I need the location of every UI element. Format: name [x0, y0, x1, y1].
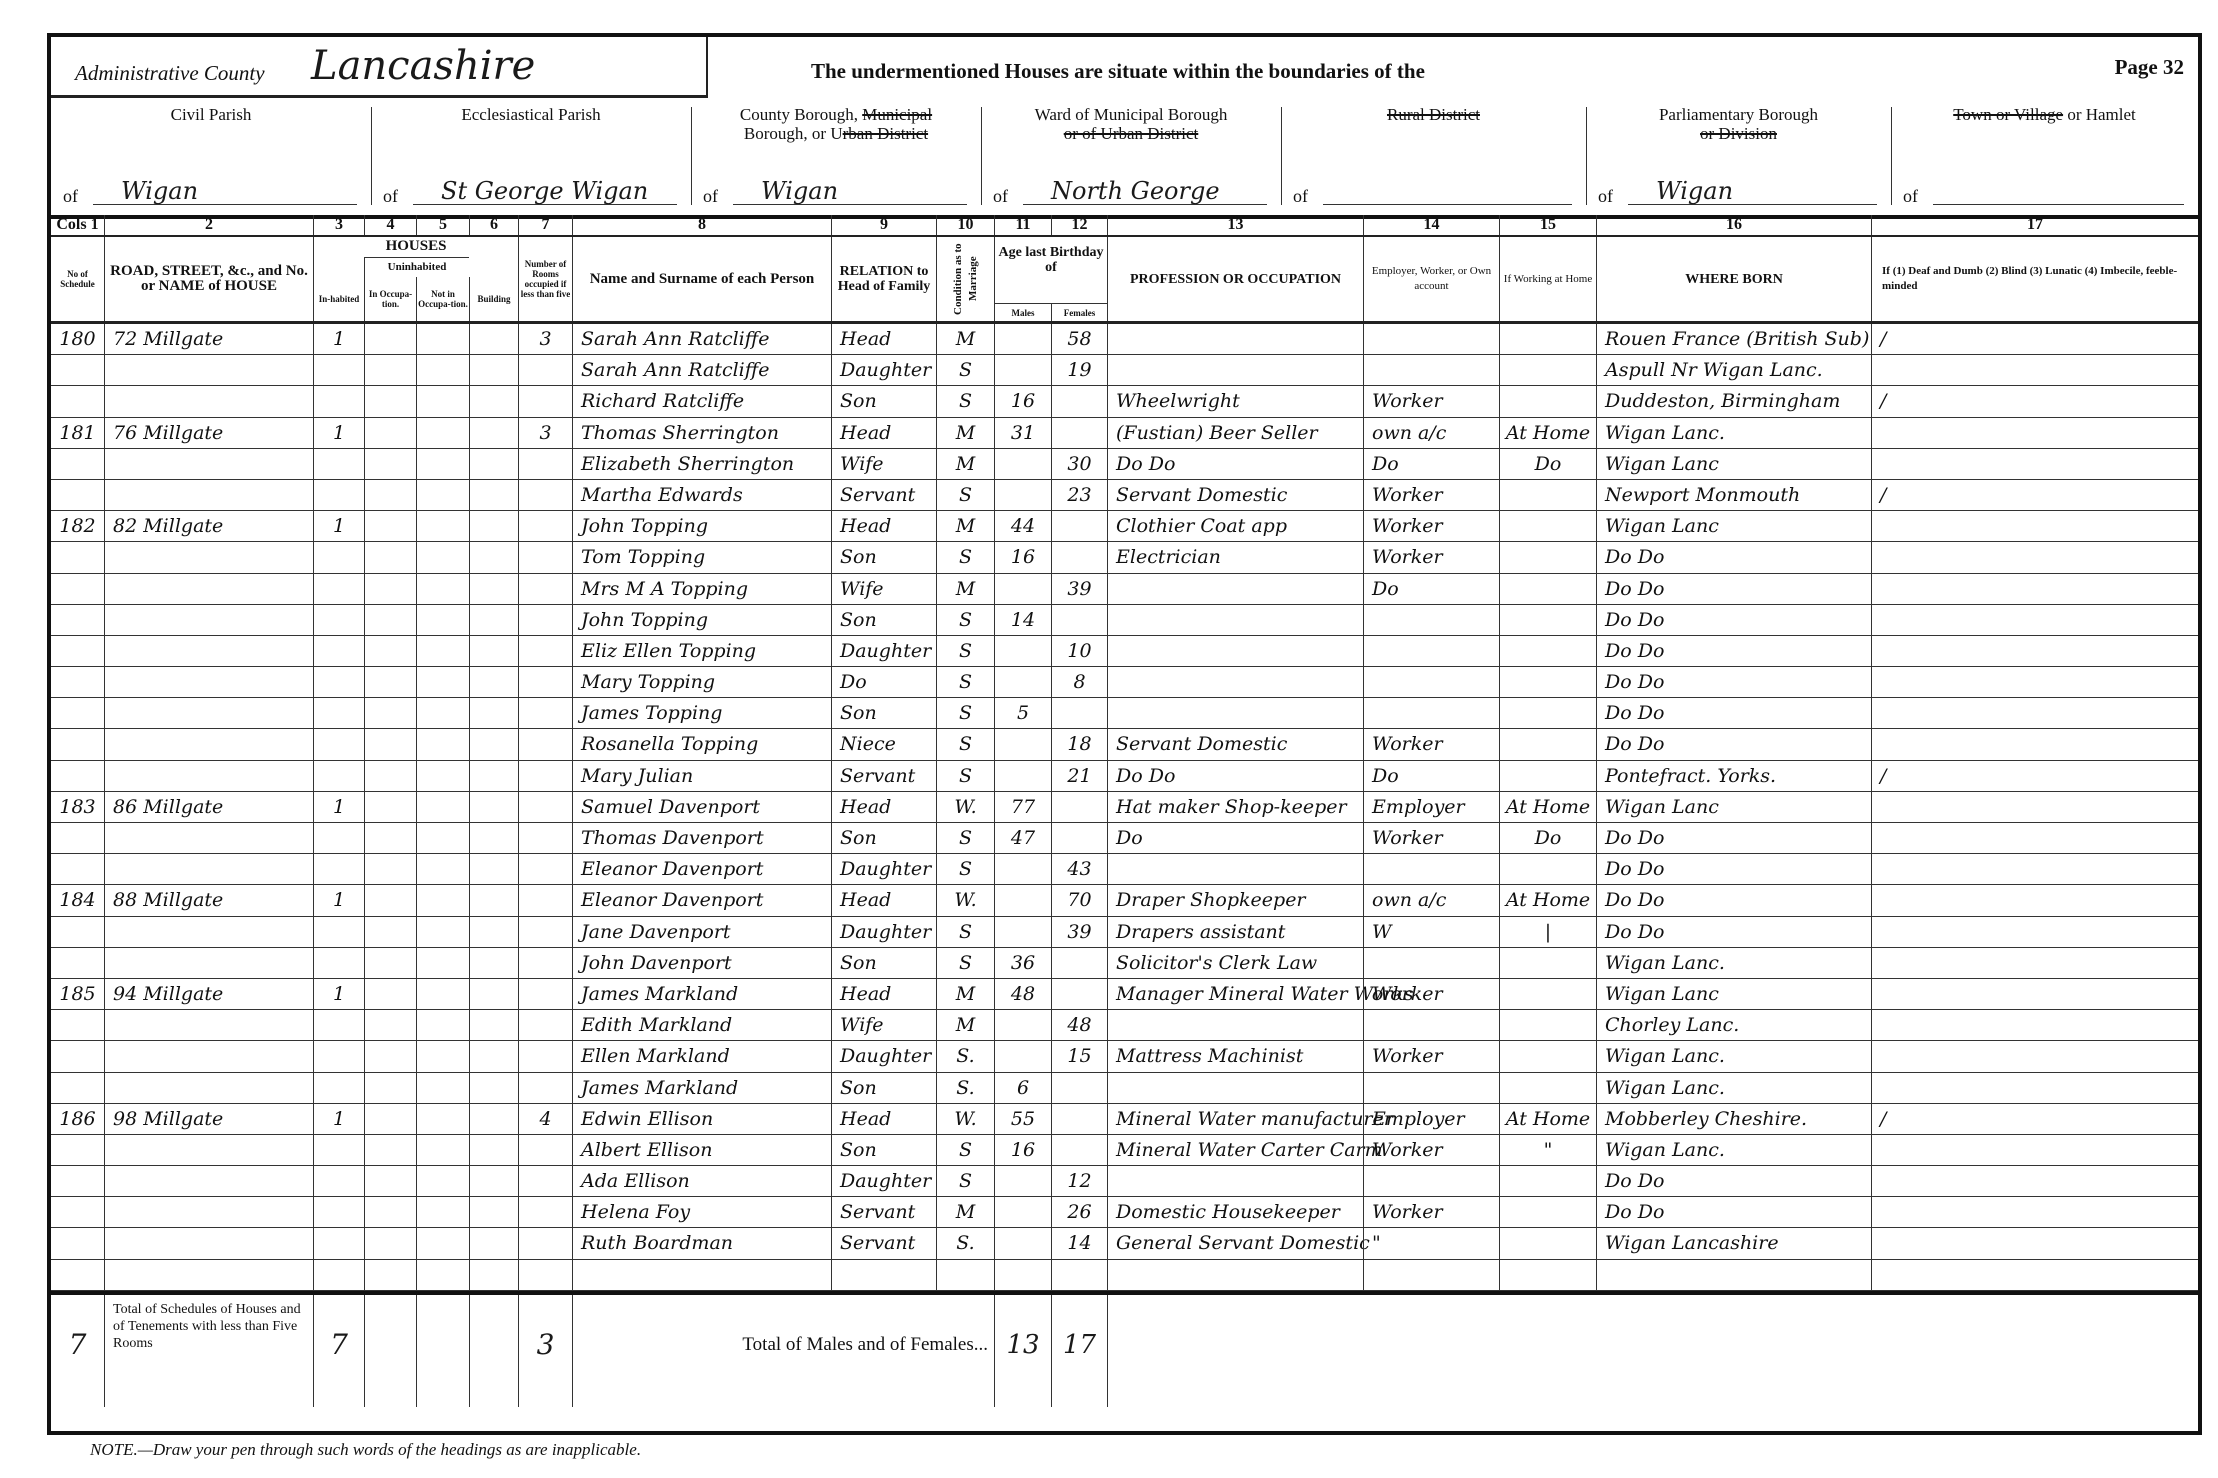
cell-building: [469, 1041, 518, 1071]
cell-relation: Daughter: [831, 355, 936, 385]
cell-infirmity: [1871, 1135, 2198, 1165]
cell-condition: S.: [936, 1041, 994, 1071]
cell-employer: Worker: [1363, 729, 1499, 759]
cell-name: John Topping: [572, 511, 831, 541]
cell-at-home: [1499, 355, 1596, 385]
cell-condition: M: [936, 449, 994, 479]
cell-building: [469, 636, 518, 666]
cell-schedule: [51, 1197, 104, 1227]
column-header-row: No of Schedule ROAD, STREET, &c., and No…: [51, 237, 2198, 324]
total-schedules-label: Total of Schedules of Houses and of Tene…: [104, 1295, 313, 1407]
table-row: Jane Davenport Daughter S 39 Drapers ass…: [51, 917, 2198, 948]
cell-at-home: [1499, 324, 1596, 354]
cell-where-born: Do Do: [1596, 917, 1871, 947]
cell-where-born: Do Do: [1596, 823, 1871, 853]
cell-male-age: [994, 1197, 1051, 1227]
total-rooms: 3: [518, 1295, 572, 1407]
cell-female-age: [1051, 386, 1107, 416]
cell-condition: S: [936, 1166, 994, 1196]
cell-at-home: At Home: [1499, 885, 1596, 915]
cell-in-occupation: [364, 324, 416, 354]
cell-at-home: At Home: [1499, 792, 1596, 822]
cell-in-occupation: [364, 511, 416, 541]
cell-in-occupation: [364, 854, 416, 884]
cell-building: [469, 324, 518, 354]
page-number: Page 32: [2115, 55, 2184, 80]
rural-district: Rural District of: [1281, 97, 1586, 215]
cell-rooms: [518, 1073, 572, 1103]
cell-name: Eliz Ellen Topping: [572, 636, 831, 666]
cell-address: [104, 917, 313, 947]
cell-inhabited: [313, 605, 364, 635]
cell-occupation: [1107, 1260, 1363, 1290]
cell-inhabited: 1: [313, 1104, 364, 1134]
cell-building: [469, 979, 518, 1009]
cell-rooms: [518, 574, 572, 604]
cell-address: [104, 480, 313, 510]
cell-name: Helena Foy: [572, 1197, 831, 1227]
cell-schedule: 185: [51, 979, 104, 1009]
cell-condition: S.: [936, 1073, 994, 1103]
cell-building: [469, 823, 518, 853]
cell-at-home: [1499, 636, 1596, 666]
cell-infirmity: /: [1871, 386, 2198, 416]
total-empty: [416, 1295, 469, 1407]
cell-relation: Wife: [831, 1010, 936, 1040]
cell-relation: Daughter: [831, 917, 936, 947]
cell-not-in-occupation: [416, 1260, 469, 1290]
cell-employer: Worker: [1363, 1197, 1499, 1227]
cell-female-age: [1051, 792, 1107, 822]
cell-in-occupation: [364, 542, 416, 572]
cell-where-born: Mobberley Cheshire.: [1596, 1104, 1871, 1134]
cell-where-born: Wigan Lanc.: [1596, 1073, 1871, 1103]
cell-employer: [1363, 1073, 1499, 1103]
cell-building: [469, 1197, 518, 1227]
cell-schedule: [51, 449, 104, 479]
cell-female-age: 70: [1051, 885, 1107, 915]
cell-female-age: [1051, 823, 1107, 853]
cell-address: [104, 636, 313, 666]
cell-not-in-occupation: [416, 1197, 469, 1227]
cell-name: Martha Edwards: [572, 480, 831, 510]
cell-address: [104, 1197, 313, 1227]
cell-condition: M: [936, 324, 994, 354]
cell-name: Sarah Ann Ratcliffe: [572, 355, 831, 385]
town-or-hamlet-label: Town or Village or Hamlet: [1891, 105, 2198, 124]
cell-rooms: [518, 729, 572, 759]
table-row: Albert Ellison Son S 16 Mineral Water Ca…: [51, 1135, 2198, 1166]
cell-inhabited: [313, 823, 364, 853]
cell-infirmity: [1871, 418, 2198, 448]
cell-rooms: [518, 1010, 572, 1040]
table-row: Ada Ellison Daughter S 12 Do Do: [51, 1166, 2198, 1197]
cell-infirmity: [1871, 605, 2198, 635]
cell-employer: ": [1363, 1228, 1499, 1258]
cell-schedule: [51, 1135, 104, 1165]
col-num: 2: [104, 215, 313, 235]
cell-male-age: [994, 917, 1051, 947]
civil-parish-label: Civil Parish: [51, 105, 371, 124]
cell-female-age: 10: [1051, 636, 1107, 666]
admin-county-box: Administrative County Lancashire: [51, 37, 708, 98]
table-row: Richard Ratcliffe Son S 16 Wheelwright W…: [51, 386, 2198, 417]
cell-where-born: Chorley Lanc.: [1596, 1010, 1871, 1040]
cell-occupation: Electrician: [1107, 542, 1363, 572]
cell-address: [104, 1228, 313, 1258]
cell-at-home: [1499, 542, 1596, 572]
cell-rooms: [518, 1228, 572, 1258]
cell-female-age: 15: [1051, 1041, 1107, 1071]
cell-inhabited: [313, 948, 364, 978]
cell-address: 98 Millgate: [104, 1104, 313, 1134]
cell-building: [469, 1010, 518, 1040]
parliamentary-borough-value: Wigan: [1656, 177, 1733, 205]
cell-where-born: Aspull Nr Wigan Lanc.: [1596, 355, 1871, 385]
cell-address: [104, 605, 313, 635]
cell-employer: Do: [1363, 449, 1499, 479]
cell-relation: Head: [831, 418, 936, 448]
cell-at-home: [1499, 1166, 1596, 1196]
cell-schedule: [51, 667, 104, 697]
table-row: 181 76 Millgate 1 3 Thomas Sherrington H…: [51, 418, 2198, 449]
cell-occupation: Servant Domestic: [1107, 480, 1363, 510]
cell-inhabited: 1: [313, 324, 364, 354]
of-label: of: [383, 186, 398, 207]
cell-female-age: [1051, 979, 1107, 1009]
civil-parish: Civil Parish of Wigan: [51, 97, 371, 215]
cell-infirmity: /: [1871, 761, 2198, 791]
of-label: of: [1293, 186, 1308, 207]
cell-building: [469, 1135, 518, 1165]
cell-occupation: (Fustian) Beer Seller: [1107, 418, 1363, 448]
cell-in-occupation: [364, 917, 416, 947]
cell-infirmity: [1871, 511, 2198, 541]
cell-employer: [1363, 324, 1499, 354]
cell-inhabited: [313, 1197, 364, 1227]
cell-in-occupation: [364, 1260, 416, 1290]
cell-rooms: 4: [518, 1104, 572, 1134]
cell-inhabited: [313, 574, 364, 604]
cell-name: John Davenport: [572, 948, 831, 978]
cell-schedule: 181: [51, 418, 104, 448]
cell-building: [469, 885, 518, 915]
cell-where-born: Do Do: [1596, 574, 1871, 604]
cell-female-age: [1051, 605, 1107, 635]
cell-condition: S: [936, 729, 994, 759]
cell-occupation: Domestic Housekeeper: [1107, 1197, 1363, 1227]
cell-female-age: 39: [1051, 917, 1107, 947]
cell-not-in-occupation: [416, 948, 469, 978]
cell-infirmity: [1871, 1041, 2198, 1071]
col-num: 14: [1363, 215, 1499, 235]
cell-name: Mrs M A Topping: [572, 574, 831, 604]
header-infirmity: If (1) Deaf and Dumb (2) Blind (3) Lunat…: [1871, 237, 2198, 321]
cell-employer: [1363, 636, 1499, 666]
cell-inhabited: [313, 854, 364, 884]
table-body: 180 72 Millgate 1 3 Sarah Ann Ratcliffe …: [51, 324, 2198, 1291]
cell-rooms: [518, 917, 572, 947]
cell-address: [104, 761, 313, 791]
rural-district-label: Rural District: [1281, 105, 1586, 124]
col-num: 6: [469, 215, 518, 235]
cell-schedule: [51, 480, 104, 510]
cell-condition: S: [936, 667, 994, 697]
cell-building: [469, 511, 518, 541]
cell-building: [469, 917, 518, 947]
cell-schedule: [51, 761, 104, 791]
header-occupation: PROFESSION OR OCCUPATION: [1107, 237, 1363, 321]
cell-infirmity: [1871, 636, 2198, 666]
cell-where-born: Pontefract. Yorks.: [1596, 761, 1871, 791]
parliamentary-borough-label: Parliamentary Boroughor Division: [1586, 105, 1891, 143]
cell-rooms: [518, 511, 572, 541]
table-row: 180 72 Millgate 1 3 Sarah Ann Ratcliffe …: [51, 324, 2198, 355]
cell-male-age: [994, 1010, 1051, 1040]
cell-name: Rosanella Topping: [572, 729, 831, 759]
county-borough-label: County Borough, MunicipalBorough, or Urb…: [691, 105, 981, 143]
col-num: 5: [416, 215, 469, 235]
cell-rooms: [518, 761, 572, 791]
cell-female-age: 58: [1051, 324, 1107, 354]
cell-address: [104, 698, 313, 728]
cell-employer: [1363, 1166, 1499, 1196]
cell-relation: Son: [831, 698, 936, 728]
cell-condition: M: [936, 979, 994, 1009]
cell-infirmity: [1871, 729, 2198, 759]
table-row: Tom Topping Son S 16 Electrician Worker …: [51, 542, 2198, 573]
cell-relation: Niece: [831, 729, 936, 759]
cell-in-occupation: [364, 1073, 416, 1103]
cell-building: [469, 729, 518, 759]
civil-parish-value: Wigan: [121, 177, 198, 205]
col-num: 16: [1596, 215, 1871, 235]
cell-not-in-occupation: [416, 1073, 469, 1103]
cell-not-in-occupation: [416, 917, 469, 947]
cell-condition: M: [936, 1197, 994, 1227]
cell-at-home: [1499, 386, 1596, 416]
cell-schedule: [51, 1260, 104, 1290]
cell-name: Edwin Ellison: [572, 1104, 831, 1134]
cell-male-age: 44: [994, 511, 1051, 541]
cell-male-age: [994, 761, 1051, 791]
cell-occupation: Mattress Machinist: [1107, 1041, 1363, 1071]
cell-schedule: [51, 1010, 104, 1040]
cell-not-in-occupation: [416, 698, 469, 728]
cell-infirmity: [1871, 1228, 2198, 1258]
cell-infirmity: /: [1871, 324, 2198, 354]
cell-name: Sarah Ann Ratcliffe: [572, 324, 831, 354]
cell-not-in-occupation: [416, 355, 469, 385]
cell-occupation: [1107, 574, 1363, 604]
cell-address: [104, 449, 313, 479]
header-road: ROAD, STREET, &c., and No. or NAME of HO…: [104, 237, 313, 321]
col-num: 9: [831, 215, 936, 235]
cell-where-born: Wigan Lanc.: [1596, 418, 1871, 448]
cell-employer: [1363, 667, 1499, 697]
cell-at-home: [1499, 1228, 1596, 1258]
cell-relation: Son: [831, 542, 936, 572]
cell-male-age: 31: [994, 418, 1051, 448]
cell-schedule: [51, 355, 104, 385]
cell-address: [104, 854, 313, 884]
cell-relation: Daughter: [831, 1041, 936, 1071]
cell-not-in-occupation: [416, 854, 469, 884]
cell-female-age: [1051, 698, 1107, 728]
cell-where-born: Wigan Lanc: [1596, 449, 1871, 479]
cell-rooms: [518, 1197, 572, 1227]
cell-infirmity: [1871, 355, 2198, 385]
total-empty: [1107, 1295, 2198, 1407]
sheet-title-bar: Administrative County Lancashire The und…: [51, 37, 2198, 97]
cell-condition: W.: [936, 1104, 994, 1134]
cell-name: John Topping: [572, 605, 831, 635]
cell-relation: Servant: [831, 480, 936, 510]
cell-occupation: General Servant Domestic: [1107, 1228, 1363, 1258]
cell-infirmity: [1871, 449, 2198, 479]
cell-building: [469, 480, 518, 510]
cell-inhabited: [313, 729, 364, 759]
cell-occupation: Drapers assistant: [1107, 917, 1363, 947]
cell-female-age: [1051, 1260, 1107, 1290]
cell-inhabited: 1: [313, 792, 364, 822]
cell-male-age: [994, 355, 1051, 385]
cell-address: 72 Millgate: [104, 324, 313, 354]
cell-in-occupation: [364, 1228, 416, 1258]
cell-where-born: Wigan Lanc: [1596, 511, 1871, 541]
cell-infirmity: [1871, 1197, 2198, 1227]
cell-inhabited: [313, 1260, 364, 1290]
cell-where-born: Wigan Lanc.: [1596, 1135, 1871, 1165]
cell-in-occupation: [364, 792, 416, 822]
header-where-born: WHERE BORN: [1596, 237, 1871, 321]
cell-not-in-occupation: [416, 1228, 469, 1258]
cell-building: [469, 667, 518, 697]
cell-in-occupation: [364, 761, 416, 791]
cell-at-home: Do: [1499, 449, 1596, 479]
header-relation: RELATION to Head of Family: [831, 237, 936, 321]
cell-male-age: [994, 885, 1051, 915]
cell-at-home: [1499, 1197, 1596, 1227]
cell-relation: Son: [831, 386, 936, 416]
cell-where-born: Duddeston, Birmingham: [1596, 386, 1871, 416]
cell-occupation: [1107, 1010, 1363, 1040]
cell-male-age: 16: [994, 386, 1051, 416]
cell-rooms: [518, 854, 572, 884]
cell-female-age: [1051, 1135, 1107, 1165]
cell-not-in-occupation: [416, 1010, 469, 1040]
cell-relation: Son: [831, 1135, 936, 1165]
cell-in-occupation: [364, 1166, 416, 1196]
cell-condition: S: [936, 542, 994, 572]
col-num: 13: [1107, 215, 1363, 235]
cell-at-home: [1499, 1073, 1596, 1103]
cell-rooms: [518, 605, 572, 635]
column-numbers-row: Cols 1 2 3 4 5 6 7 8 9 10 11 12 13 14 15…: [51, 215, 2198, 237]
cell-occupation: Clothier Coat app: [1107, 511, 1363, 541]
cell-employer: Employer: [1363, 1104, 1499, 1134]
cell-male-age: [994, 1260, 1051, 1290]
cell-occupation: [1107, 1166, 1363, 1196]
cell-inhabited: [313, 1073, 364, 1103]
cell-infirmity: [1871, 792, 2198, 822]
cell-name: Ellen Markland: [572, 1041, 831, 1071]
cell-occupation: [1107, 636, 1363, 666]
cell-female-age: 12: [1051, 1166, 1107, 1196]
cell-inhabited: [313, 449, 364, 479]
cell-schedule: [51, 574, 104, 604]
table-row: John Topping Son S 14 Do Do: [51, 605, 2198, 636]
cell-where-born: Wigan Lanc: [1596, 979, 1871, 1009]
cell-male-age: [994, 667, 1051, 697]
cell-employer: Employer: [1363, 792, 1499, 822]
cell-condition: S: [936, 823, 994, 853]
cell-address: [104, 355, 313, 385]
cell-inhabited: [313, 1010, 364, 1040]
cell-schedule: 183: [51, 792, 104, 822]
cell-inhabited: [313, 761, 364, 791]
col-num: 15: [1499, 215, 1596, 235]
cell-condition: S: [936, 636, 994, 666]
cell-where-born: Rouen France (British Sub): [1596, 324, 1871, 354]
cell-infirmity: [1871, 948, 2198, 978]
cell-employer: Worker: [1363, 542, 1499, 572]
cell-in-occupation: [364, 605, 416, 635]
cell-condition: W.: [936, 885, 994, 915]
table-row: 184 88 Millgate 1 Eleanor Davenport Head…: [51, 885, 2198, 916]
cell-name: Thomas Sherrington: [572, 418, 831, 448]
col-num: 7: [518, 215, 572, 235]
cell-male-age: [994, 574, 1051, 604]
cell-female-age: 43: [1051, 854, 1107, 884]
cell-at-home: At Home: [1499, 1104, 1596, 1134]
cell-at-home: |: [1499, 917, 1596, 947]
cell-rooms: [518, 667, 572, 697]
cell-in-occupation: [364, 667, 416, 697]
county-borough-value: Wigan: [761, 177, 838, 205]
cell-female-age: 30: [1051, 449, 1107, 479]
parliamentary-borough: Parliamentary Boroughor Division of Wiga…: [1586, 97, 1891, 215]
of-label: of: [63, 186, 78, 207]
cell-relation: Son: [831, 948, 936, 978]
cell-at-home: [1499, 761, 1596, 791]
cell-not-in-occupation: [416, 418, 469, 448]
cell-where-born: Do Do: [1596, 542, 1871, 572]
cell-condition: S.: [936, 1228, 994, 1258]
cell-building: [469, 761, 518, 791]
header-inhabited: In-habited: [313, 277, 364, 321]
cell-relation: Son: [831, 1073, 936, 1103]
cell-infirmity: [1871, 885, 2198, 915]
cell-schedule: [51, 917, 104, 947]
header-uninhabited: Uninhabited: [364, 257, 469, 277]
area-boundaries-row: Civil Parish of Wigan Ecclesiastical Par…: [51, 97, 2198, 219]
cell-at-home: [1499, 511, 1596, 541]
cell-male-age: 55: [994, 1104, 1051, 1134]
cell-name: Eleanor Davenport: [572, 854, 831, 884]
cell-not-in-occupation: [416, 574, 469, 604]
table-row: 182 82 Millgate 1 John Topping Head M 44…: [51, 511, 2198, 542]
header-males: Males: [994, 303, 1051, 321]
cell-not-in-occupation: [416, 1166, 469, 1196]
cell-infirmity: [1871, 1260, 2198, 1290]
cell-relation: Wife: [831, 449, 936, 479]
cell-occupation: Do Do: [1107, 449, 1363, 479]
cell-relation: Son: [831, 605, 936, 635]
cell-schedule: 186: [51, 1104, 104, 1134]
table-row: Sarah Ann Ratcliffe Daughter S 19 Aspull…: [51, 355, 2198, 386]
cell-employer: [1363, 1010, 1499, 1040]
